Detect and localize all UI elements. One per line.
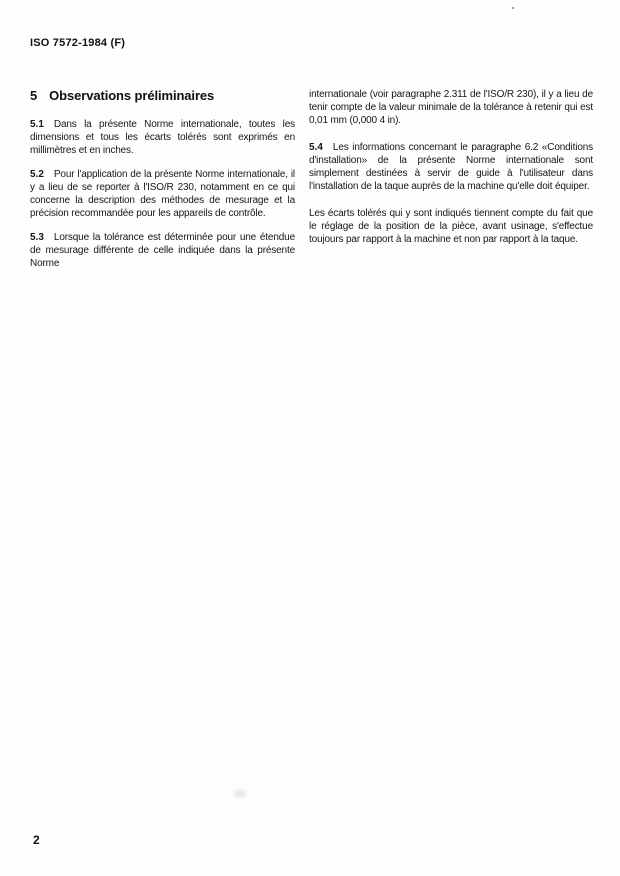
paragraph-5-4: 5.4Les informations concernant le paragr… [309, 141, 593, 193]
paragraph-number: 5.1 [30, 119, 44, 130]
paragraph-number: 5.2 [30, 169, 44, 180]
paragraph-5-4-note: Les écarts tolérés qui y sont indiqués t… [309, 207, 593, 246]
document-reference: ISO 7572-1984 (F) [30, 37, 125, 49]
paragraph-number: 5.3 [30, 232, 44, 243]
paragraph-number: 5.4 [309, 142, 323, 153]
section-title: Observations préliminaires [49, 88, 214, 103]
paragraph-5-3-continuation: internationale (voir paragraphe 2.311 de… [309, 88, 593, 127]
paragraph-text: Pour l'application de la présente Norme … [30, 169, 295, 219]
page-number: 2 [33, 833, 40, 847]
paragraph-text: Dans la présente Norme internationale, t… [30, 119, 295, 156]
document-page: ISO 7572-1984 (F) 5Observations prélimin… [0, 0, 620, 876]
scan-artifact-dot [512, 7, 514, 9]
right-column: internationale (voir paragraphe 2.311 de… [309, 88, 593, 260]
paragraph-text: Les écarts tolérés qui y sont indiqués t… [309, 208, 593, 245]
scan-artifact-smudge [234, 789, 246, 798]
section-heading: 5Observations préliminaires [30, 88, 295, 103]
paragraph-text: Lorsque la tolérance est déterminée pour… [30, 232, 295, 269]
paragraph-text: internationale (voir paragraphe 2.311 de… [309, 89, 593, 126]
paragraph-text: Les informations concernant le paragraph… [309, 142, 593, 192]
left-column: 5Observations préliminaires 5.1Dans la p… [30, 88, 295, 281]
paragraph-5-2: 5.2Pour l'application de la présente Nor… [30, 168, 295, 220]
paragraph-5-1: 5.1Dans la présente Norme internationale… [30, 118, 295, 157]
paragraph-5-3: 5.3Lorsque la tolérance est déterminée p… [30, 231, 295, 270]
section-number: 5 [30, 88, 37, 103]
